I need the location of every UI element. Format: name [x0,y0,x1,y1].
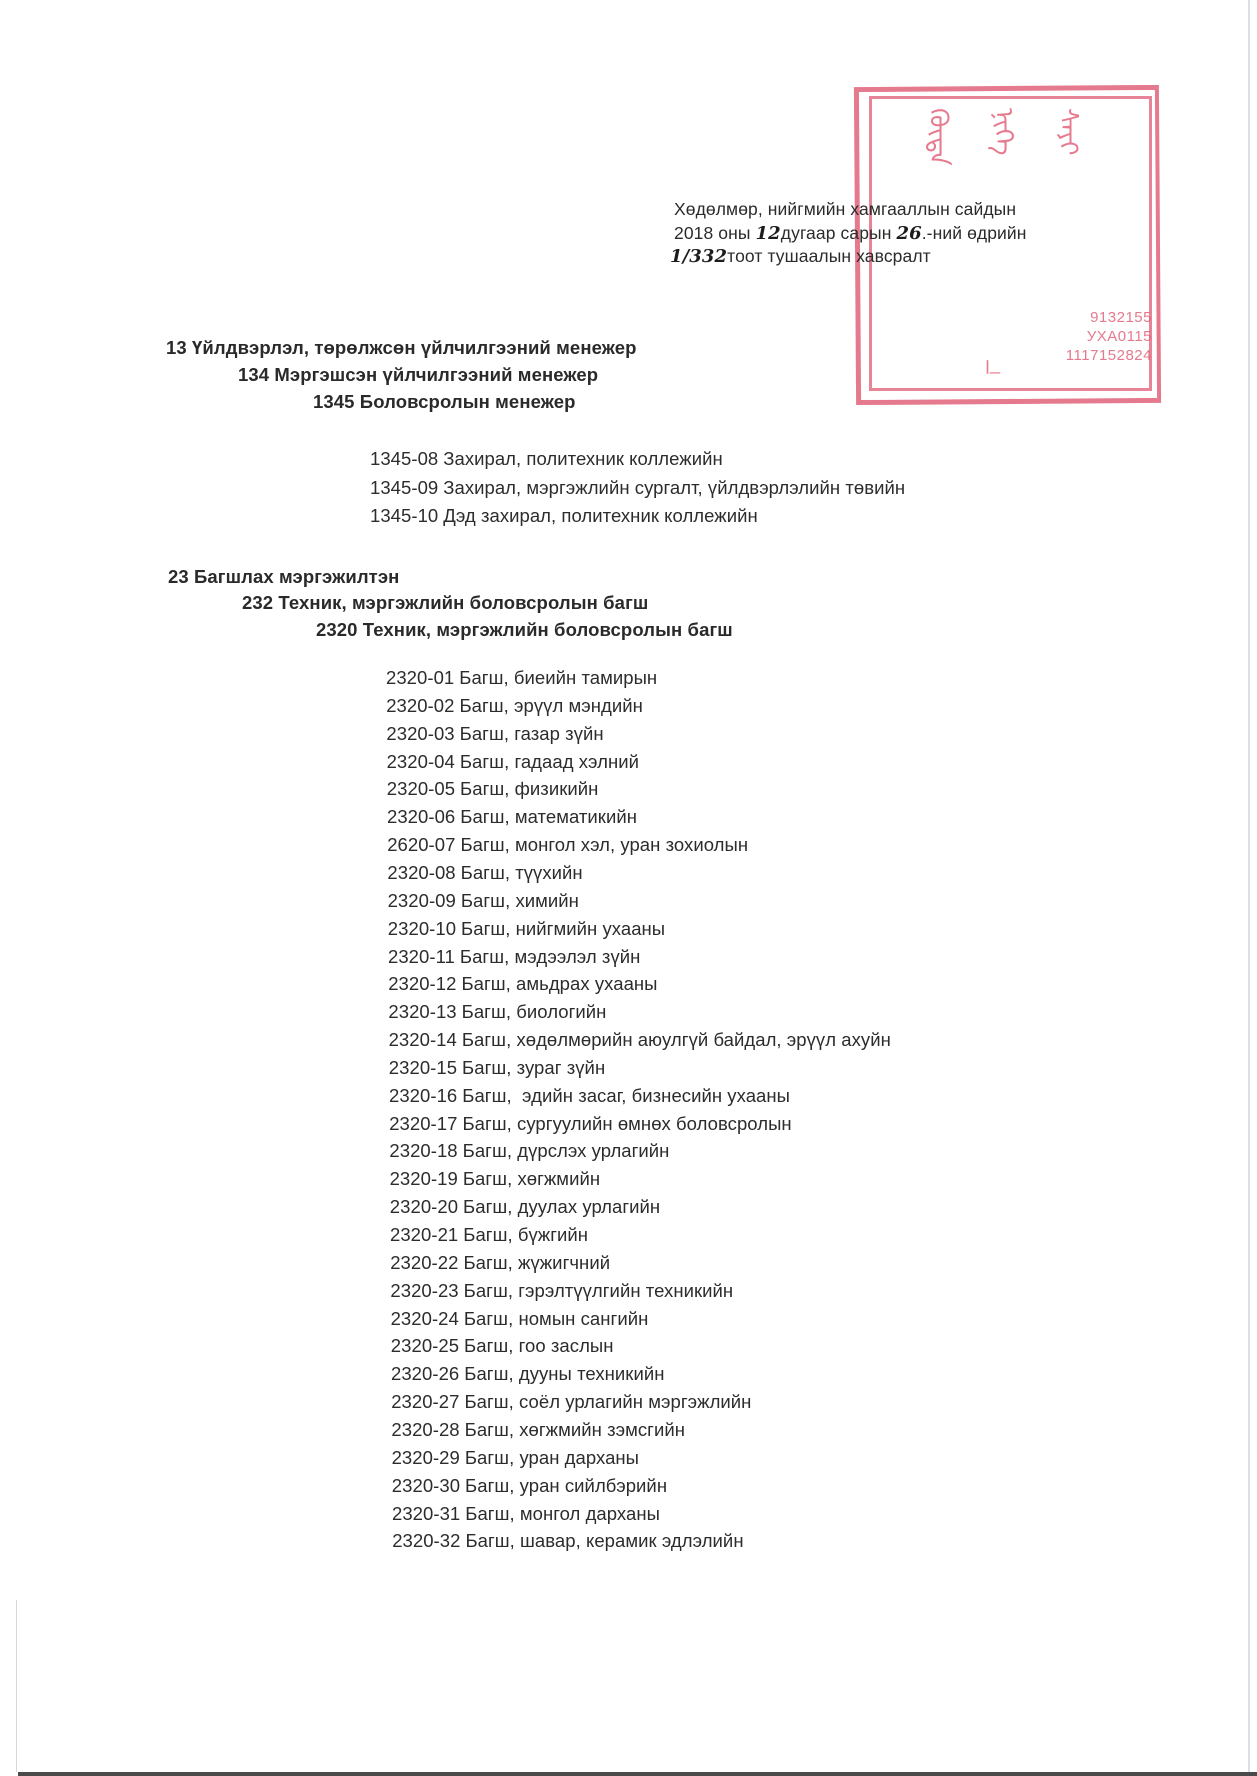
occupation-code: 2320-25 [391,1335,459,1356]
occupation-row: 2320-04Багш, гадаад хэлний [387,751,639,773]
occupation-code: 2320-08 [387,862,455,883]
occupation-title: Багш, мэдээлэл зүйн [460,946,641,967]
occupation-title: Багш, сургуулийн өмнөх боловсролын [462,1113,791,1134]
reference-order-label: тоот тушаалын хавсралт [727,246,931,266]
occupation-row: 1345-09Захирал, мэргэжлийн сургалт, үйлд… [370,477,905,499]
occupation-code: 2320-19 [390,1168,458,1189]
occupation-code: 2320-22 [390,1252,458,1273]
occupation-row: 2320-11Багш, мэдээлэл зүйн [388,946,640,968]
occupation-title: Багш, зураг зүйн [462,1057,605,1078]
reference-month-label: дугаар сарын [781,223,892,243]
occupation-row: 2320-28Багш, хөгжмийн зэмсгийн [391,1419,685,1441]
occupation-row: 2320-13Багш, биологийн [388,1001,606,1023]
occupation-code: 2320-14 [389,1029,457,1050]
stamp-codes: 9132155 УХА0115 1117152824 [1066,308,1152,365]
occupation-title: Багш, биеийн тамирын [459,667,657,688]
occupation-row: 2320-01Багш, биеийн тамирын [386,667,657,689]
occupation-row: 2320-18Багш, дүрслэх урлагийн [389,1140,669,1162]
occupation-code: 2320-13 [388,1001,456,1022]
occupation-row: 2320-05Багш, физикийн [387,778,599,800]
occupation-code: 2320-03 [386,723,454,744]
reference-day-label: .-ний өдрийн [922,223,1027,243]
occupation-row: 2320-30Багш, уран сийлбэрийн [392,1475,667,1497]
occupation-row: 2320-22Багш, жүжигчний [390,1252,610,1274]
occupation-code: 2620-07 [387,834,455,855]
occupation-code: 2320-27 [391,1391,459,1412]
reference-line-1: Хөдөлмөр, нийгмийн хамгааллын сайдын [674,198,1027,222]
occupation-code: 1345-10 [370,505,438,526]
occupation-title: Захирал, мэргэжлийн сургалт, үйлдвэрлэли… [443,477,905,498]
occupation-title: Багш, амьдрах ухааны [461,973,657,994]
stamp-mongol-script-1: ᠬᠥᠳᠡ [915,108,941,188]
heading-sub-group: 232 Техник, мэргэжлийн боловсролын багш [242,592,648,614]
occupation-code: 2320-04 [387,751,455,772]
occupation-title: Багш, шавар, керамик эдлэлийн [465,1530,743,1551]
occupation-title: Багш, хөгжмийн зэмсгийн [465,1419,685,1440]
occupation-title: Багш, уран сийлбэрийн [465,1475,667,1496]
occupation-row: 1345-10Дэд захирал, политехник коллежийн [370,505,758,527]
heading-sub-group: 134 Мэргэшсэн үйлчилгээний менежер [238,364,598,386]
occupation-title: Багш, нийгмийн ухааны [461,918,665,939]
occupation-row: 2320-15Багш, зураг зүйн [389,1057,605,1079]
occupation-row: 2320-24Багш, номын сангийн [391,1308,649,1330]
occupation-row: 2320-26Багш, дууны техникийн [391,1363,664,1385]
occupation-row: 2320-09Багш, химийн [388,890,579,912]
stamp-mongol-script-2: ᠨᠢᠭᠡ [980,108,1006,188]
occupation-row: 2320-08Багш, түүхийн [387,862,582,884]
occupation-title: Багш, физикийн [460,778,598,799]
occupation-code: 1345-08 [370,448,438,469]
occupation-code: 2320-05 [387,778,455,799]
occupation-title: Багш, бүжгийн [463,1224,588,1245]
occupation-title: Багш, дүрслэх урлагийн [463,1140,670,1161]
heading-major-group: 23 Багшлах мэргэжилтэн [168,566,399,588]
occupation-title: Багш, номын сангийн [464,1308,649,1329]
page-edge-bottom [18,1772,1257,1776]
occupation-code: 2320-20 [390,1196,458,1217]
occupation-row: 2320-19Багш, хөгжмийн [390,1168,601,1190]
occupation-code: 2320-17 [389,1113,457,1134]
occupation-row: 1345-08Захирал, политехник коллежийн [370,448,723,470]
occupation-code: 2320-09 [388,890,456,911]
occupation-row: 2320-25Багш, гоо заслын [391,1335,614,1357]
occupation-title: Багш, математикийн [460,806,637,827]
occupation-title: Багш, жүжигчний [463,1252,610,1273]
occupation-title: Багш, дууны техникийн [464,1363,664,1384]
occupation-title: Захирал, политехник коллежийн [443,448,722,469]
occupation-title: Багш, түүхийн [461,862,583,883]
occupation-title: Багш, дуулах урлагийн [463,1196,660,1217]
occupation-row: 2320-32Багш, шавар, керамик эдлэлийн [392,1530,743,1552]
occupation-row: 2320-23Багш, гэрэлтүүлгийн техникийн [390,1280,733,1302]
occupation-code: 2320-01 [386,667,454,688]
handwritten-day: 26 [896,223,921,244]
stamp-signature-mark: ꞁ_ [985,354,1000,375]
occupation-row: 2320-21Багш, бүжгийн [390,1224,588,1246]
handwritten-month: 12 [756,223,781,244]
heading-unit-group: 2320 Техник, мэргэжлийн боловсролын багш [316,619,733,641]
occupation-code: 2320-10 [388,918,456,939]
occupation-title: Багш, эрүүл мэндийн [459,695,642,716]
occupation-row: 2320-03Багш, газар зүйн [386,723,603,745]
occupation-row: 2320-12Багш, амьдрах ухааны [388,973,657,995]
occupation-title: Багш, уран дарханы [465,1447,639,1468]
occupation-title: Багш, гэрэлтүүлгийн техникийн [464,1280,734,1301]
heading-major-group: 13 Үйлдвэрлэл, төрөлжсөн үйлчилгээний ме… [166,337,637,359]
reference-year: 2018 оны [674,223,751,243]
occupation-row: 2320-31Багш, монгол дарханы [392,1503,660,1525]
occupation-row: 2620-07Багш, монгол хэл, уран зохиолын [387,834,748,856]
occupation-code: 2320-16 [389,1085,457,1106]
occupation-row: 2320-29Багш, уран дарханы [392,1447,639,1469]
occupation-code: 2320-30 [392,1475,460,1496]
occupation-title: Багш, монгол хэл, уран зохиолын [460,834,748,855]
page-edge-left [16,1600,17,1772]
occupation-code: 2320-02 [386,695,454,716]
occupation-title: Багш, газар зүйн [460,723,604,744]
occupation-row: 2320-10Багш, нийгмийн ухааны [388,918,665,940]
occupation-row: 2320-06Багш, математикийн [387,806,637,828]
occupation-code: 2320-24 [391,1308,459,1329]
occupation-row: 2320-02Багш, эрүүл мэндийн [386,695,643,717]
occupation-title: Багш, соёл урлагийн мэргэжлийн [464,1391,751,1412]
occupation-title: Багш, биологийн [462,1001,607,1022]
stamp-code: УХА0115 [1066,327,1152,346]
occupation-code: 2320-11 [388,946,455,967]
occupation-row: 2320-14Багш, хөдөлмөрийн аюулгүй байдал,… [389,1029,891,1051]
occupation-code: 1345-09 [370,477,438,498]
occupation-code: 2320-23 [390,1280,458,1301]
occupation-title: Багш, гоо заслын [464,1335,614,1356]
occupation-code: 2320-06 [387,806,455,827]
handwritten-order-number: 1/332 [670,246,727,267]
occupation-title: Дэд захирал, политехник коллежийн [443,505,757,526]
reference-line-2: 2018 оны 12дугаар сарын 26.-ний өдрийн [674,222,1027,246]
occupation-title: Багш, хөдөлмөрийн аюулгүй байдал, эрүүл … [462,1029,891,1050]
stamp-mongol-script-3: ᠰᠠᠶᠢ [1045,108,1071,188]
occupation-code: 2320-26 [391,1363,459,1384]
occupation-code: 2320-28 [391,1419,459,1440]
occupation-code: 2320-12 [388,973,456,994]
occupation-code: 2320-21 [390,1224,458,1245]
stamp-code: 9132155 [1066,308,1152,327]
document-reference: Хөдөлмөр, нийгмийн хамгааллын сайдын 201… [674,198,1027,269]
occupation-code: 2320-15 [389,1057,457,1078]
occupation-title: Багш, гадаад хэлний [460,751,639,772]
reference-line-3: 1/332тоот тушаалын хавсралт [670,245,1027,269]
occupation-title: Багш, эдийн засаг, бизнесийн ухааны [462,1085,790,1106]
occupation-title: Багш, химийн [461,890,579,911]
occupation-title: Багш, монгол дарханы [465,1503,660,1524]
occupation-code: 2320-29 [392,1447,460,1468]
occupation-title: Багш, хөгжмийн [463,1168,600,1189]
heading-unit-group: 1345 Боловсролын менежер [313,391,576,413]
occupation-row: 2320-16Багш, эдийн засаг, бизнесийн ухаа… [389,1085,790,1107]
occupation-code: 2320-18 [389,1140,457,1161]
page-edge-right [1248,0,1250,1776]
stamp-code: 1117152824 [1066,346,1152,365]
occupation-row: 2320-17Багш, сургуулийн өмнөх боловсролы… [389,1113,792,1135]
occupation-row: 2320-27Багш, соёл урлагийн мэргэжлийн [391,1391,751,1413]
occupation-code: 2320-31 [392,1503,460,1524]
occupation-row: 2320-20Багш, дуулах урлагийн [390,1196,660,1218]
occupation-code: 2320-32 [392,1530,460,1551]
